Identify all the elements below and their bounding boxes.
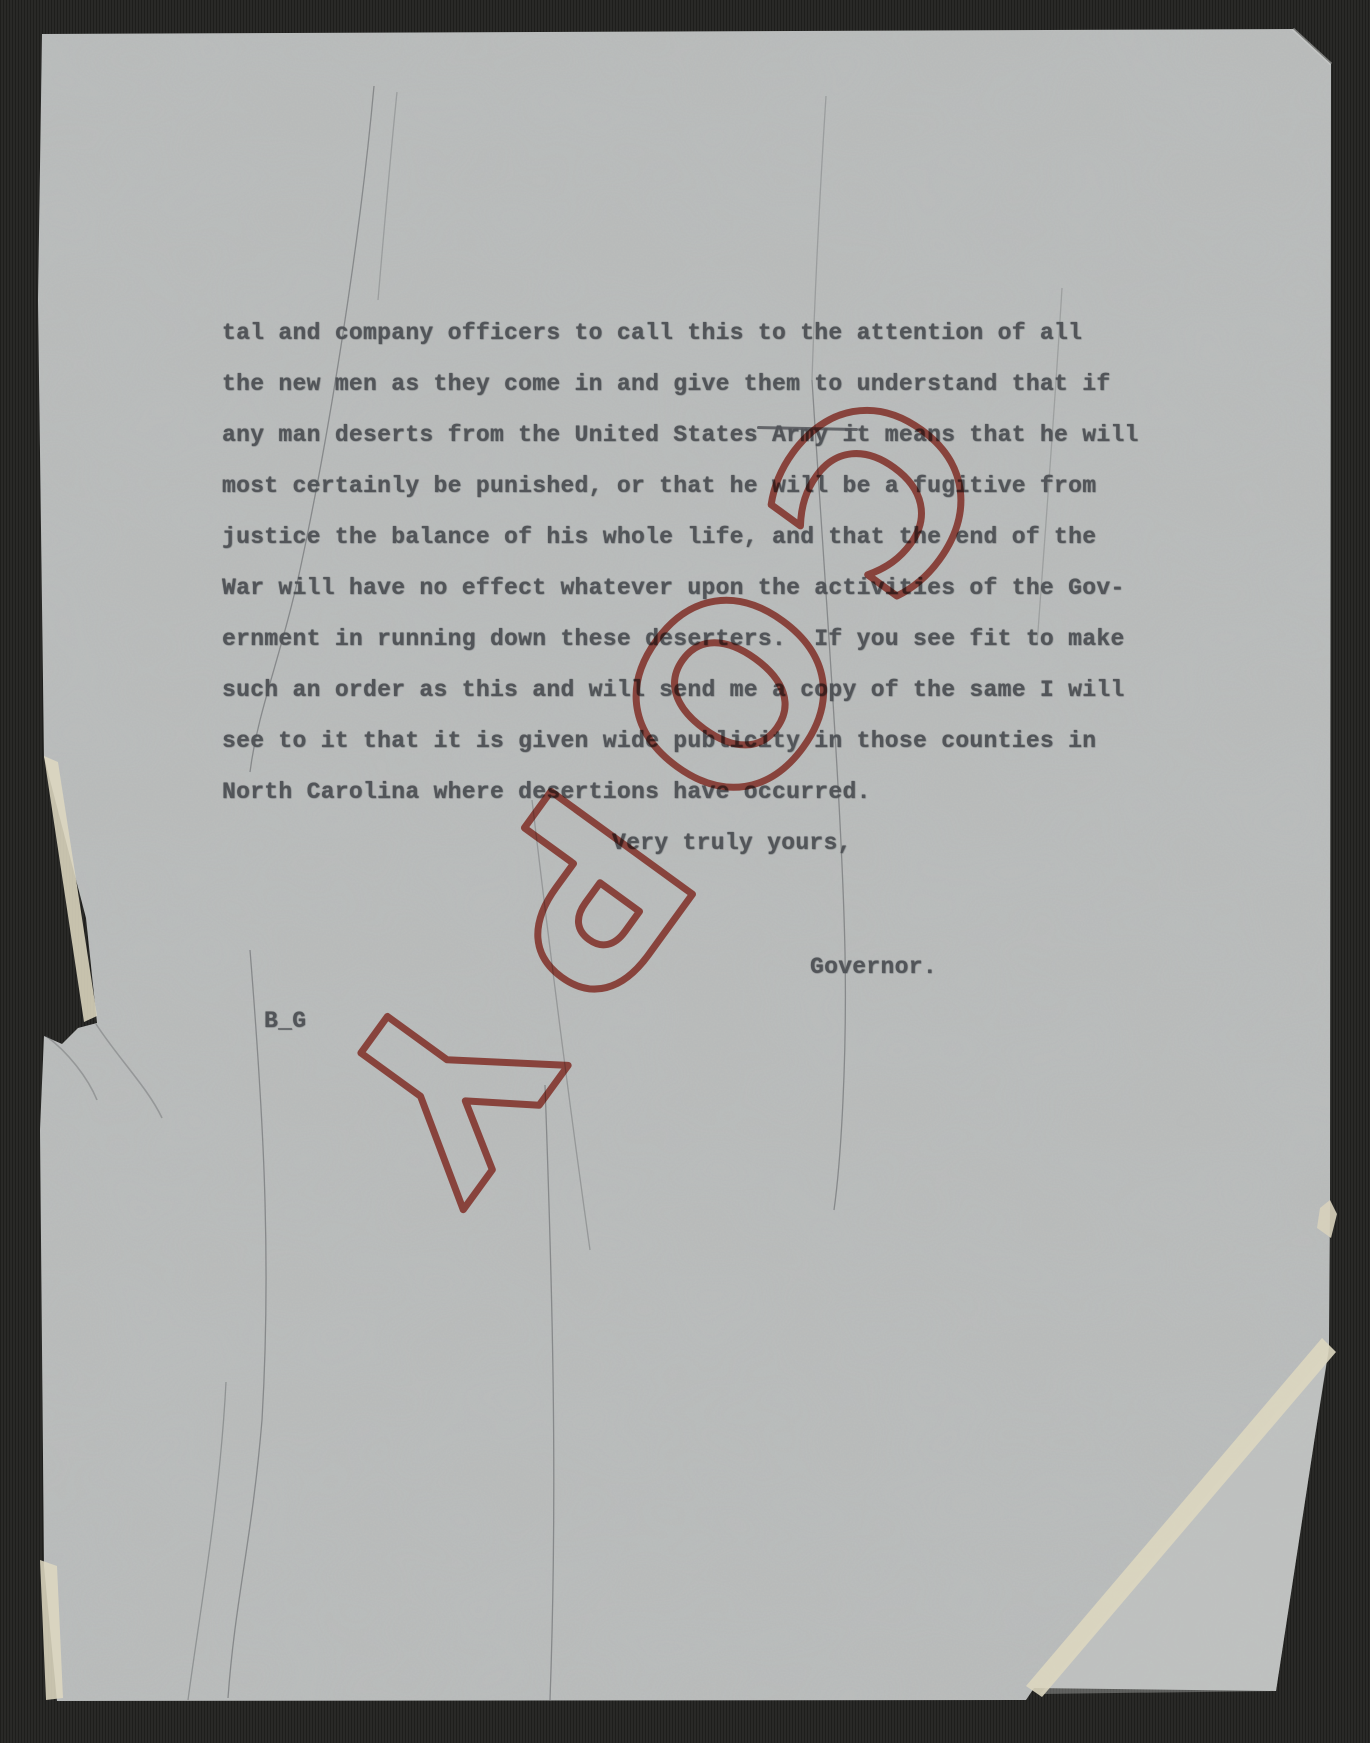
letter-body-line: tal and company officers to call this to… <box>222 308 1139 359</box>
letter-body-line: see to it that it is given wide publicit… <box>222 716 1139 767</box>
typist-initials: B_G <box>264 1008 306 1034</box>
scanned-letter-scene: tal and company officers to call this to… <box>0 0 1370 1743</box>
letter-body-line: most certainly be punished, or that he w… <box>222 461 1139 512</box>
letter-closing: Very truly yours, <box>612 830 852 856</box>
letter-body: tal and company officers to call this to… <box>222 308 1139 818</box>
letter-body-line: ernment in running down these deserters.… <box>222 614 1139 665</box>
letter-signature-title: Governor. <box>810 954 937 980</box>
letter-body-line: any man deserts from the United States A… <box>222 410 1139 461</box>
typed-text-layer: tal and company officers to call this to… <box>0 0 1370 1743</box>
letter-body-line: North Carolina where desertions have occ… <box>222 767 1139 818</box>
letter-body-line: such an order as this and will send me a… <box>222 665 1139 716</box>
letter-body-line: justice the balance of his whole life, a… <box>222 512 1139 563</box>
letter-body-line: War will have no effect whatever upon th… <box>222 563 1139 614</box>
letter-body-line: the new men as they come in and give the… <box>222 359 1139 410</box>
